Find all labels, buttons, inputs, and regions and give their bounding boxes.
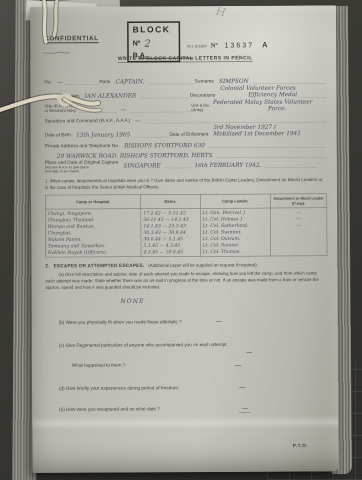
header-dates: Dates. xyxy=(141,195,200,209)
answer-a-handwritten: NONE xyxy=(121,297,328,305)
dates-column: 17.2.42 — 5.11.42 26.11.42 — 14.1.43 14.… xyxy=(141,208,200,256)
question-c2: What happened to them ? xyxy=(72,363,126,368)
dotted-rule xyxy=(265,152,317,167)
question-b: (b) Were you physically fit when you mad… xyxy=(59,319,182,325)
block-leader-entry: — xyxy=(273,222,325,229)
leader-entry: Lt. Col. Thomas. xyxy=(203,248,269,255)
section2-number: 2. xyxy=(45,263,49,269)
photo-light-streak xyxy=(32,415,338,430)
enlistment-label: Date of Enlistment xyxy=(169,132,210,137)
question-d-row: (d) Give briefly your experiences during… xyxy=(46,385,328,395)
twine-string xyxy=(0,0,150,160)
pto-label: P.T.O. xyxy=(293,443,309,449)
question-c2-row: What happened to them ? — xyxy=(46,362,328,373)
answer-e-handwritten: — xyxy=(239,405,251,413)
answer-c-handwritten: — xyxy=(246,349,253,357)
camp-entry: Nakhon Nayok (Officers). xyxy=(48,249,139,256)
ref-series-letter: A xyxy=(262,41,267,50)
question-e: (e) How were you recaptured and on what … xyxy=(59,407,160,413)
ref-prefix: M.I. 9/JAP/ xyxy=(187,44,207,49)
capture-label-group: Place and Date of Original Capture (Airc… xyxy=(45,160,121,174)
dotted-rule xyxy=(148,72,194,84)
question-c-row: (c) Give Regimental particulars of anyon… xyxy=(46,342,328,358)
section1-question: 1. What camps, detachments or hospitals … xyxy=(45,176,327,191)
question-a: (a) Give full description and approx. da… xyxy=(45,270,327,291)
leader-column: Lt. Gen. Percival } Lt. Col. Holmes } Lt… xyxy=(200,208,271,256)
reference-number-line: M.I. 9/JAP/ Nº 13637 A xyxy=(187,41,267,50)
capture-sublabel-line2: and date of a/c crash). xyxy=(45,170,80,174)
dotted-rule xyxy=(253,71,326,83)
answer-c2-handwritten: — xyxy=(235,362,242,370)
capture-date-value: 16th FEBRUARY 1942. xyxy=(191,162,264,168)
header-detachment-leader: Detachment or Block Leader (if any). xyxy=(270,194,326,208)
header-camp-leader: Camp Leader. xyxy=(200,194,270,208)
camps-table-header-row: Camp or Hospital. Dates. Camp Leader. De… xyxy=(45,194,327,209)
question-d: (d) Give briefly your experiences during… xyxy=(59,385,179,391)
section2-title: ESCAPES OR ATTEMPTED ESCAPES. xyxy=(54,263,145,269)
ref-number: 13637 xyxy=(225,41,255,49)
pencil-mark: H xyxy=(215,5,227,19)
question-c: (c) Give Regimental particulars of anyon… xyxy=(59,342,228,348)
question-e-row: (e) How were you recaptured and on what … xyxy=(46,406,328,416)
dotted-rule xyxy=(209,136,326,148)
header-camp-or-hospital: Camp or Hospital. xyxy=(45,195,141,209)
answer-b-handwritten: — xyxy=(216,318,223,326)
surname-value: SIMPSON xyxy=(216,78,252,84)
question-b-row: (b) Were you physically fit when you mad… xyxy=(46,319,328,329)
answer-d-handwritten: — xyxy=(239,384,246,392)
decorations-value-group: Colonial Volunteer Forces Efficiency Med… xyxy=(217,84,300,98)
instruction-post: LETTERS IN PENCIL xyxy=(195,55,252,61)
surname-label: Surname xyxy=(195,79,216,84)
decorations-value-line2: Efficiency Medal xyxy=(245,91,300,98)
capture-place-value: SINGAPORE xyxy=(120,163,163,169)
dotted-rule xyxy=(301,83,325,97)
camps-table-body-row: Changi, Singapore. Chungkai, Thailand. W… xyxy=(45,208,327,257)
camps-table: Camp or Hospital. Dates. Camp Leader. De… xyxy=(45,194,327,258)
section2-note: (Additional paper will be supplied on re… xyxy=(148,262,258,268)
block-leader-column: — — — xyxy=(270,208,327,256)
section2-heading: 2. ESCAPES OR ATTEMPTED ESCAPES. (Additi… xyxy=(45,262,327,269)
decorations-label: Decorations xyxy=(190,93,217,98)
dates-entry: 4.3.45 — 18.8.45 xyxy=(143,249,198,256)
unit-value-group: Federated Malay States Volunteer Force. xyxy=(210,98,316,112)
dotted-rule xyxy=(165,153,191,168)
dotted-rule xyxy=(145,111,326,123)
enlistment-value-group: 3rd November 1927 / Mobilised 1st Decemb… xyxy=(210,123,304,137)
unit-label-group: Unit & Div. (Army) xyxy=(191,103,210,112)
camp-column: Changi, Singapore. Chungkai, Thailand. W… xyxy=(45,209,141,258)
unit-value-line1: Federated Malay States Volunteer xyxy=(210,98,316,105)
ref-no-label: Nº xyxy=(211,42,218,50)
